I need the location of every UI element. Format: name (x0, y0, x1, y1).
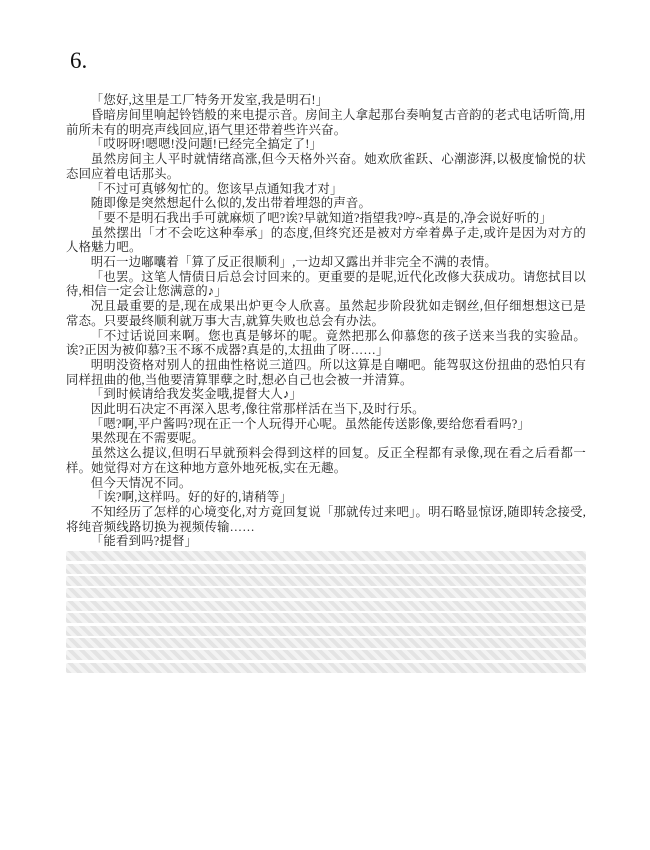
redacted-content-bar (66, 588, 586, 598)
redacted-content-bar (66, 638, 586, 648)
redacted-paragraph (66, 588, 586, 610)
section-number: 6. (70, 48, 586, 73)
narration-paragraph: 但今天情况不同。 (66, 476, 586, 491)
narration-paragraph: 虽然房间主人平时就情绪高涨,但今天格外兴奋。她欢欣雀跃、心潮澎湃,以极度愉悦的状… (66, 152, 586, 181)
redacted-content-bar (66, 601, 586, 611)
dialogue-paragraph: 「诶?啊,这样吗。好的好的,请稍等」 (66, 490, 586, 505)
redacted-paragraph (66, 613, 586, 648)
dialogue-paragraph: 「不过可真够匆忙的。您该早点通知我才对」 (66, 182, 586, 197)
redacted-paragraph (66, 576, 586, 586)
redacted-content-bar (66, 613, 586, 623)
narration-paragraph: 果然现在不需要呢。 (66, 431, 586, 446)
redacted-content-bar (66, 663, 586, 673)
dialogue-paragraph: 「到时候请给我发奖金哦,提督大人♪」 (66, 387, 586, 402)
dialogue-paragraph: 「嗯?啊,平户酱吗?现在正一个人玩得开心呢。虽然能传送影像,要给您看看吗?」 (66, 417, 586, 432)
dialogue-paragraph: 「不过话说回来啊。您也真是够坏的呢。竟然把那么仰慕您的孩子送来当我的实验品。诶?… (66, 329, 586, 358)
dialogue-paragraph: 「也罢。这笔人情债日后总会讨回来的。更重要的是呢,近代化改修大获成功。请您拭目以… (66, 270, 586, 299)
redacted-paragraph (66, 551, 586, 561)
redacted-content-bar (66, 551, 586, 561)
narration-paragraph: 明石一边嘟囔着「算了反正很顺利」,一边却又露出并非完全不满的表情。 (66, 255, 586, 270)
narration-paragraph: 虽然这么提议,但明石早就预料会得到这样的回复。反正全程都有录像,现在看之后看都一… (66, 446, 586, 475)
dialogue-paragraph: 「能看到吗?提督」 (66, 534, 586, 549)
narration-paragraph: 明明没资格对别人的扭曲性格说三道四。所以这算是自嘲吧。能驾驭这份扭曲的恐怕只有同… (66, 358, 586, 387)
document-page: 6. 「您好,这里是工厂特务开发室,我是明石!」昏暗房间里响起铃铛般的来电提示音… (0, 0, 650, 850)
narration-paragraph: 不知经历了怎样的心境变化,对方竟回复说「那就传过来吧」。明石略显惊讶,随即转念接… (66, 505, 586, 534)
dialogue-paragraph: 「您好,这里是工厂特务开发室,我是明石!」 (66, 93, 586, 108)
narration-paragraph: 昏暗房间里响起铃铛般的来电提示音。房间主人拿起那台奏响复古音韵的老式电话听筒,用… (66, 108, 586, 137)
redacted-content-bar (66, 626, 586, 636)
redacted-paragraph (66, 650, 586, 672)
narration-paragraph: 随即像是突然想起什么似的,发出带着埋怨的声音。 (66, 196, 586, 211)
dialogue-paragraph: 「哎呀呀!嗯嗯!没问题!已经完全搞定了!」 (66, 137, 586, 152)
redacted-content-bar (66, 650, 586, 660)
text-body: 「您好,这里是工厂特务开发室,我是明石!」昏暗房间里响起铃铛般的来电提示音。房间… (66, 93, 586, 672)
dialogue-paragraph: 「要不是明石我出手可就麻烦了吧?诶?早就知道?指望我?哼~真是的,净会说好听的」 (66, 211, 586, 226)
narration-paragraph: 虽然摆出「才不会吃这种奉承」的态度,但终究还是被对方牵着鼻子走,或许是因为对方的… (66, 226, 586, 255)
narration-paragraph: 因此明石决定不再深入思考,像往常那样活在当下,及时行乐。 (66, 402, 586, 417)
narration-paragraph: 况且最重要的是,现在成果出炉更令人欣喜。虽然起步阶段犹如走钢丝,但仔细想想这已是… (66, 299, 586, 328)
redacted-content-bar (66, 564, 586, 574)
redacted-content-bar (66, 576, 586, 586)
redacted-paragraph (66, 564, 586, 574)
